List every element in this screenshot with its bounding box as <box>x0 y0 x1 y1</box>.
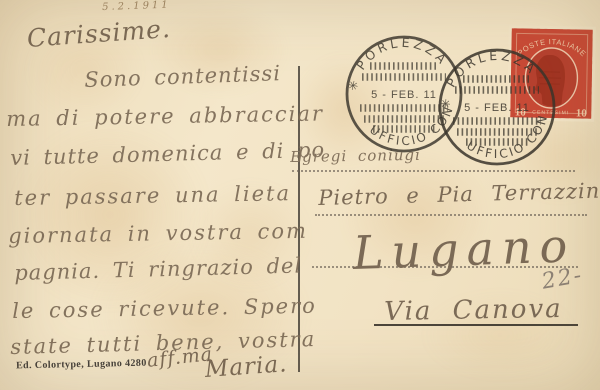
address-dotted-line <box>315 214 587 216</box>
signature-name: Maria. <box>204 351 288 383</box>
message-line: ma di potere abbracciar <box>6 101 324 131</box>
postmark-date-text: 5 - FEB. 11 <box>371 89 437 101</box>
postmark-town-text: ✳ PORLEZZA <box>340 28 453 96</box>
message-line: ter passare una lieta <box>14 181 291 210</box>
address-dotted-line <box>292 170 575 172</box>
handwritten-date: 5.2.1911 <box>102 0 171 13</box>
stamp-value-right: 10 <box>576 107 588 119</box>
postmark-date-text: 5 - FEB. 11 <box>464 102 530 114</box>
postcard: Ed. Colortype, Lugano 4280 5.2.1911 Cari… <box>0 0 600 390</box>
recipient-street: Via Canova <box>384 294 563 327</box>
postmarks: 5 - FEB. 11 ✳ PORLEZZA UFFICIO CON <box>340 28 560 168</box>
